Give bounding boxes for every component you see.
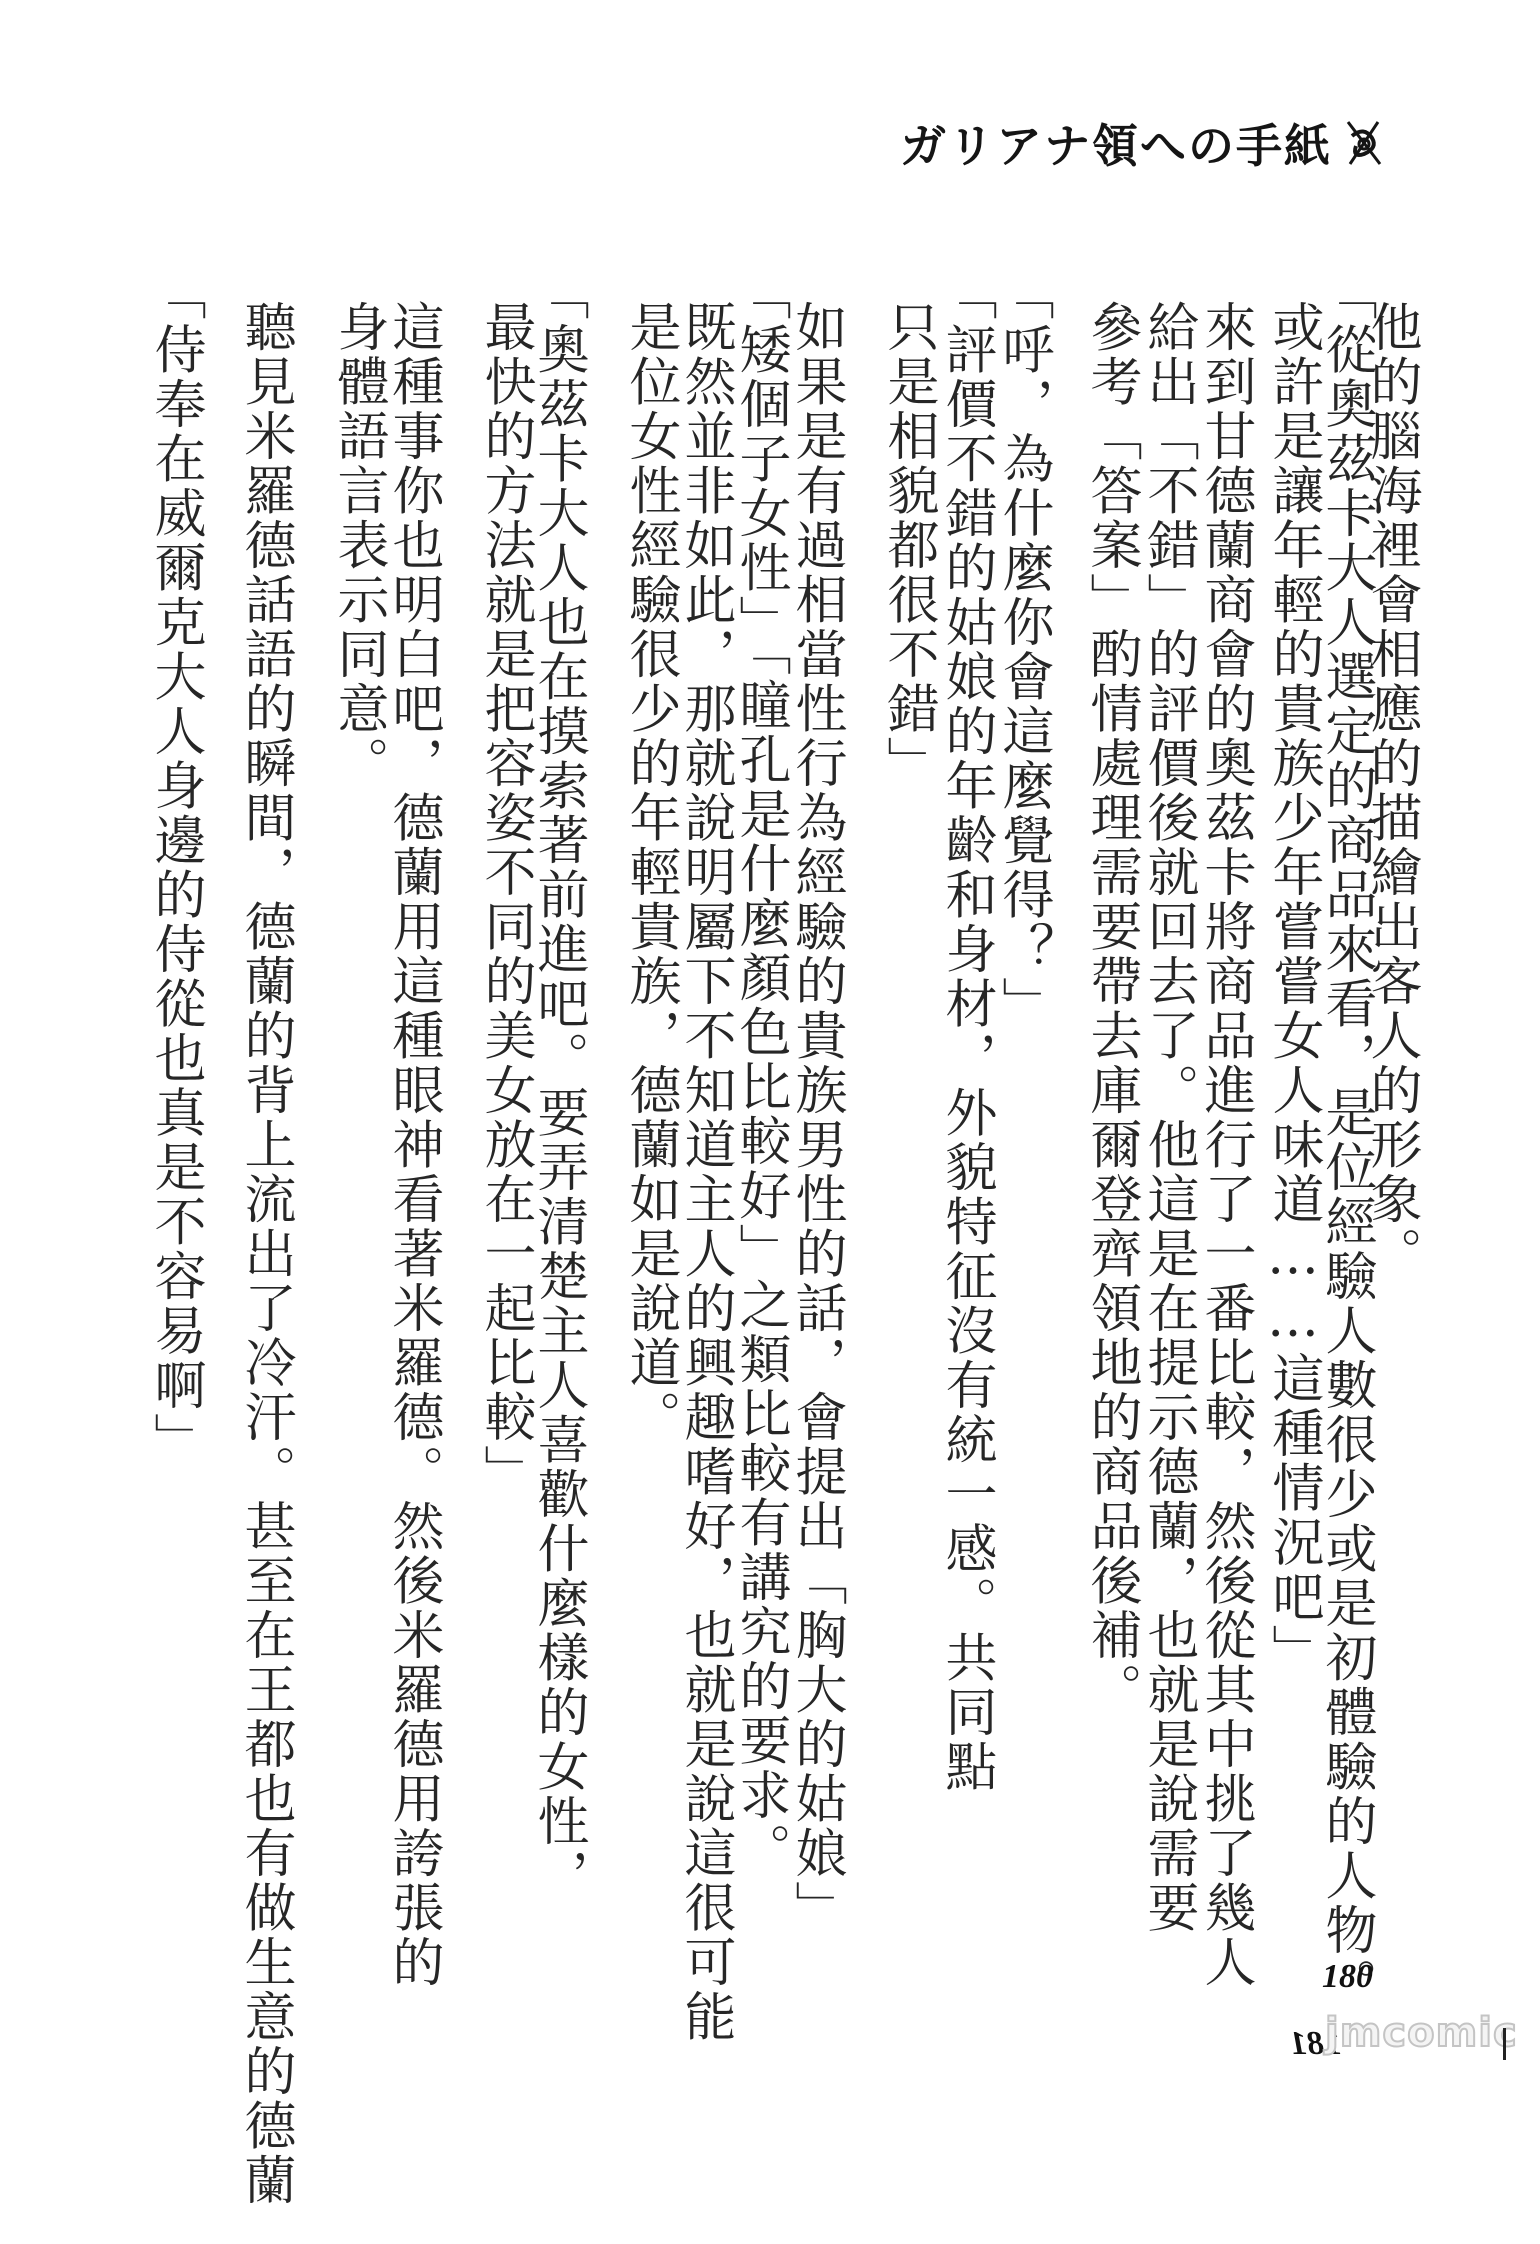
text-column: 只是相貌都很不錯」 (880, 300, 936, 791)
text-column: 最快的方法就是把容姿不同的美女放在一起比較」 (477, 300, 533, 1499)
text-column: 參考「答案」酌情處理需要帶去庫爾登齊領地的商品後補。 (1083, 300, 1139, 1717)
text-column: 「評價不錯的姑娘的年齡和身材，外貌特征沒有統一感。共同點 (938, 268, 994, 1794)
text-column: 「奧茲卡大人也在摸索著前進吧。要弄清楚主人喜歡什麼樣的女性， (530, 268, 586, 1903)
text-column: 是位女性經驗很少的年輕貴族，德蘭如是說道。 (622, 300, 678, 1445)
running-header: ガリアナ領への手紙 (900, 108, 1420, 178)
text-column: 聽見米羅德話語的瞬間，德蘭的背上流出了冷汗。甚至在王都也有做生意的德蘭 (237, 300, 293, 2208)
crossed-sword-emblem-icon (1342, 118, 1386, 168)
text-column: 來到甘德蘭商會的奧茲卡將商品進行了一番比較，然後從其中挑了幾人 (1197, 300, 1253, 1990)
text-column: 這種事你也明白吧，德蘭用這種眼神看著米羅德。然後米羅德用誇張的 (385, 300, 441, 1990)
text-column: 「從奧茲卡大人選定的商品來看，是位經驗人數很少或是初體驗的人物。 (1318, 268, 1374, 2012)
scan-edge-mark (1503, 2028, 1506, 2060)
text-column: 給出「不錯」的評價後就回去了。他這是在提示德蘭，也就是說需要 (1140, 300, 1196, 1935)
text-column: 「矮個子女性」「瞳孔是什麼顏色比較好」之類比較有講究的要求。 (732, 268, 788, 1877)
text-column: 既然並非如此，那就說明屬下不知道主人的興趣嗜好，也就是說這很可能 (677, 300, 733, 2044)
text-column: 身體語言表示同意。 (330, 300, 386, 791)
watermark-logo: jmcomic (1325, 2010, 1518, 2056)
text-column: 或許是讓年輕的貴族少年嘗嘗女人味道……這種情況吧」 (1265, 300, 1321, 1679)
book-title: ガリアナ領への手紙 (900, 110, 1332, 176)
page-number: 180 (1322, 1958, 1373, 1996)
text-column: 如果是有過相當性行為經驗的貴族男性的話，會提出「胸大的姑娘」 (788, 300, 844, 1935)
text-column: 「呼，為什麼你會這麼覺得？」 (995, 268, 1051, 1031)
text-column: 「侍奉在威爾克大人身邊的侍從也真是不容易啊」 (147, 268, 203, 1467)
